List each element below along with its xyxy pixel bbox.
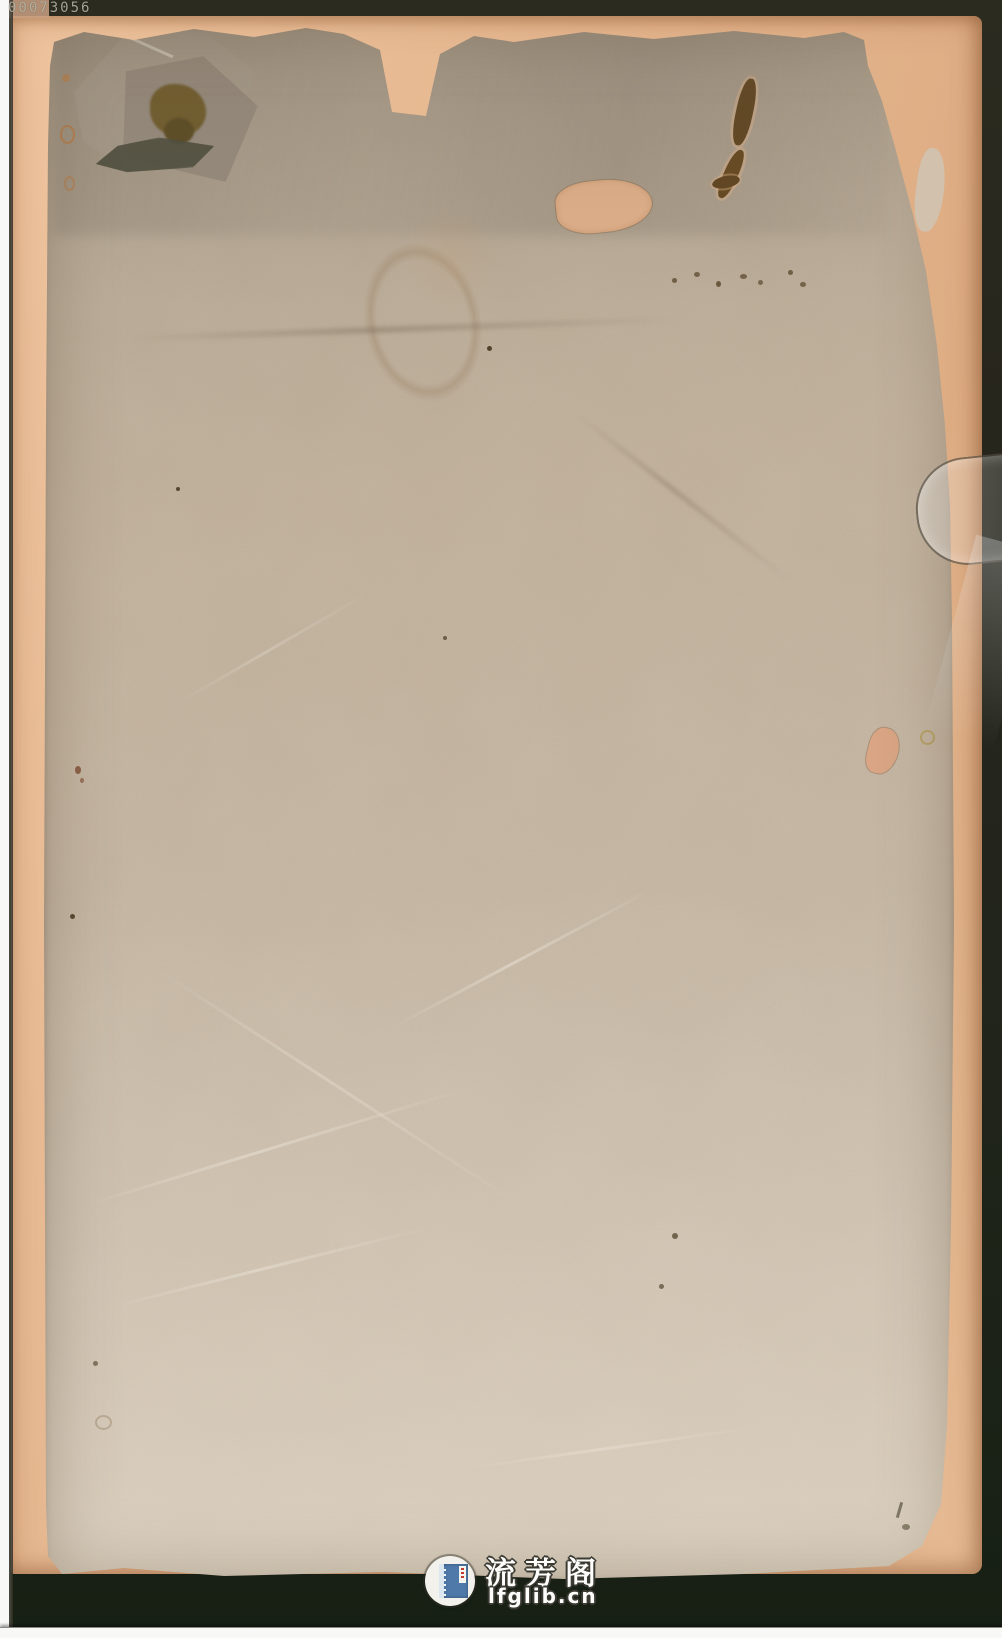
- book-title-label: [459, 1566, 466, 1583]
- watermark-logo: [425, 1556, 475, 1606]
- scan-edge-seam: [9, 0, 13, 1630]
- book-page-paper: [44, 26, 954, 1582]
- scan-edge-left: [0, 0, 9, 1638]
- book-icon: [439, 1564, 468, 1598]
- book-scan-page: 00073056 流芳阁 lfglib.cn: [0, 0, 1002, 1638]
- scan-edge-bottom: [0, 1627, 1002, 1638]
- book-stitch-binding: [444, 1566, 446, 1596]
- watermark-domain: lfglib.cn: [488, 1584, 598, 1608]
- scan-id-number: 00073056: [8, 0, 91, 16]
- site-watermark: 流芳阁 lfglib.cn: [425, 1552, 685, 1624]
- book-title-label-text: [461, 1568, 464, 1579]
- paper-shading: [44, 26, 954, 1582]
